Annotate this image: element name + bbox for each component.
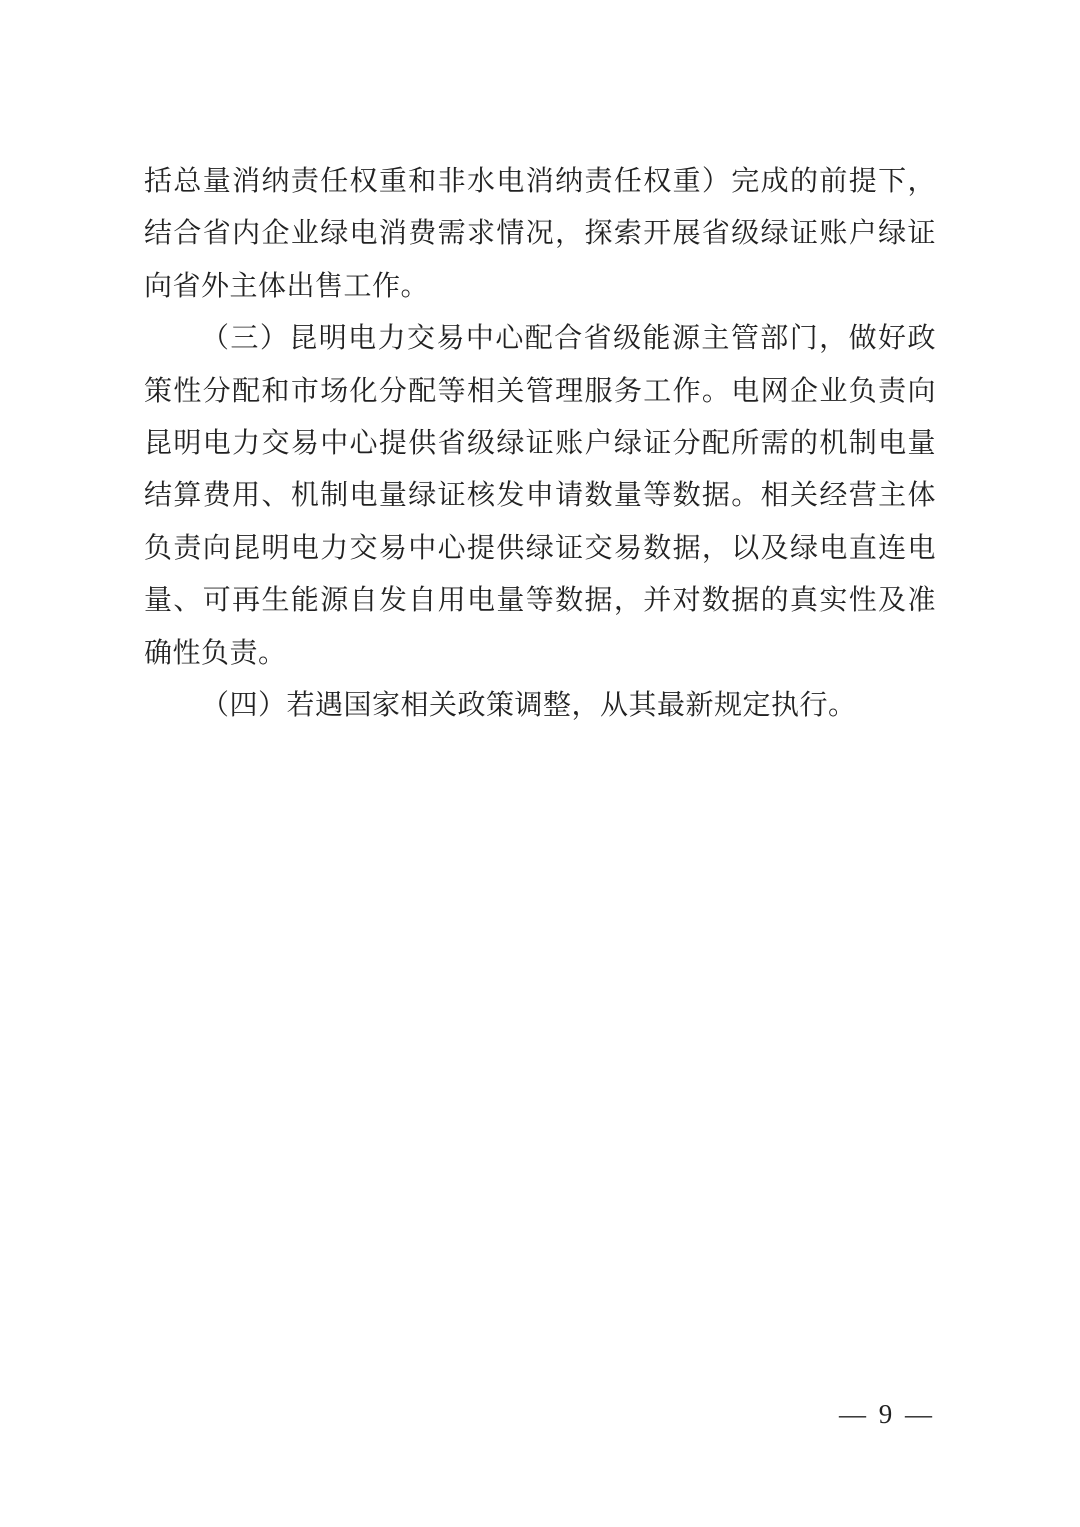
text-line: 结算费用、机制电量绿证核发申请数量等数据。相关经营主体 (144, 470, 936, 522)
text-line: （四）若遇国家相关政策调整，从其最新规定执行。 (144, 680, 936, 732)
text-line: 负责向昆明电力交易中心提供绿证交易数据，以及绿电直连电 (144, 523, 936, 575)
text-line: 向省外主体出售工作。 (144, 261, 936, 313)
text-line: 昆明电力交易中心提供省级绿证账户绿证分配所需的机制电量 (144, 418, 936, 470)
text-line: 确性负责。 (144, 628, 936, 680)
body-text: 括总量消纳责任权重和非水电消纳责任权重）完成的前提下， 结合省内企业绿电消费需求… (144, 156, 936, 732)
text-line: 括总量消纳责任权重和非水电消纳责任权重）完成的前提下， (144, 156, 936, 208)
document-page: 括总量消纳责任权重和非水电消纳责任权重）完成的前提下， 结合省内企业绿电消费需求… (0, 0, 1080, 1527)
text-line: （三）昆明电力交易中心配合省级能源主管部门，做好政 (144, 313, 936, 365)
text-line: 结合省内企业绿电消费需求情况，探索开展省级绿证账户绿证 (144, 208, 936, 260)
text-line: 策性分配和市场化分配等相关管理服务工作。电网企业负责向 (144, 366, 936, 418)
page-number: — 9 — (839, 1399, 935, 1430)
text-line: 量、可再生能源自发自用电量等数据，并对数据的真实性及准 (144, 575, 936, 627)
